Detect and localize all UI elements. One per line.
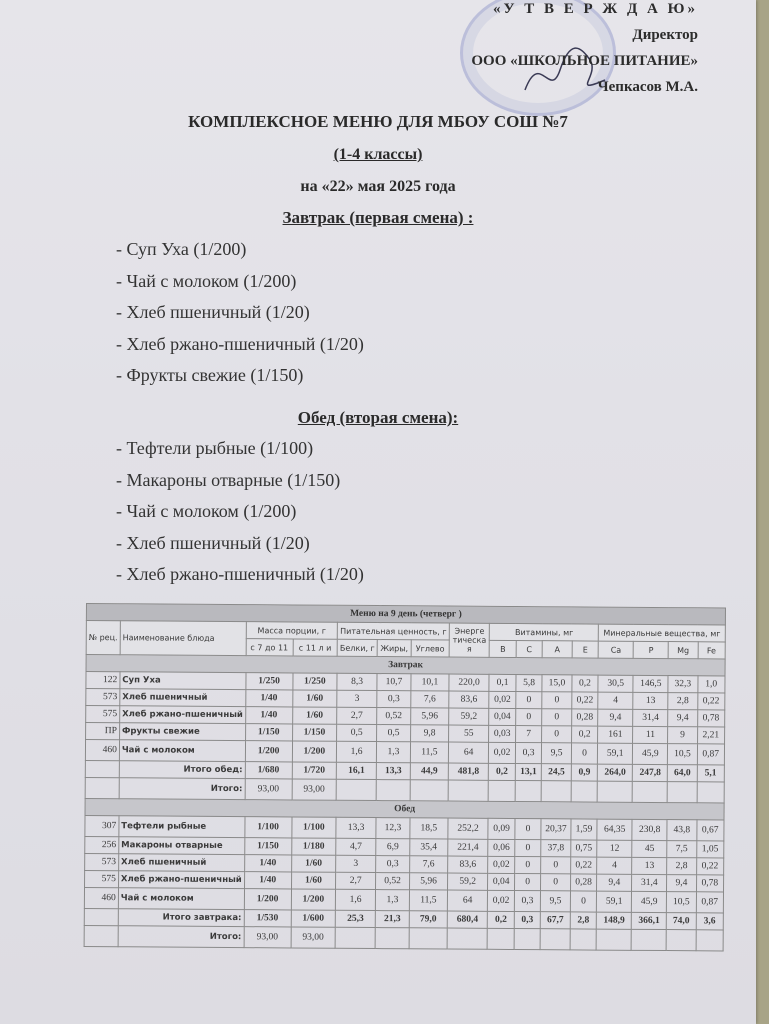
empty-cell	[409, 928, 447, 949]
cell-value: 252,2	[448, 818, 489, 839]
cell-value: 9,4	[668, 710, 697, 727]
cell-value: 3	[336, 855, 376, 872]
empty-cell	[666, 930, 695, 951]
cell-value: 0,28	[572, 709, 599, 726]
col-minerals: Минеральные вещества, мг	[599, 624, 726, 642]
list-item: Чай с молоком (1/200)	[116, 266, 364, 298]
cell-value: 0,3	[514, 890, 541, 911]
cell-value: 0,02	[489, 691, 516, 708]
subtotal-value: 481,8	[448, 763, 489, 780]
cell-value: 0	[514, 856, 541, 873]
col-nutrition: Питательная ценность, г	[337, 622, 449, 640]
cell-value: 8,3	[337, 673, 377, 690]
empty-cell	[541, 781, 571, 802]
cell-value: 1/150	[244, 838, 291, 855]
recipe-number: 575	[85, 870, 119, 887]
col-vit-b: B	[490, 640, 517, 657]
cell-value: 0,87	[697, 744, 725, 765]
cell-value: 0	[516, 692, 543, 709]
cell-value: 31,4	[632, 874, 667, 891]
cell-value: 45,9	[632, 891, 667, 912]
cell-value: 5,96	[411, 708, 449, 725]
cell-value: 0,22	[697, 693, 725, 710]
cell-value: 37,8	[541, 840, 571, 857]
cell-value: 1/100	[291, 817, 336, 838]
cell-value: 1,3	[375, 890, 409, 911]
subtotal-value: 3,6	[696, 913, 724, 930]
subtotal-value: 366,1	[632, 912, 667, 929]
cell-value: 83,6	[449, 691, 490, 708]
cell-value: 45,9	[633, 743, 668, 764]
cell-value: 0,52	[377, 708, 411, 725]
cell-value: 1/60	[292, 690, 337, 707]
cell-value: 12,3	[376, 818, 410, 839]
cell-value: 0,67	[696, 820, 724, 841]
empty-cell	[697, 782, 725, 803]
list-item: Хлеб ржано-пшеничный (1/20)	[116, 329, 364, 361]
cell-value: 59,1	[598, 743, 633, 764]
empty-cell	[632, 781, 667, 802]
subtotal-value: 680,4	[447, 911, 488, 928]
subtotal-value: 25,3	[335, 910, 375, 927]
empty-cell	[596, 929, 631, 950]
cell-value: 7,6	[410, 856, 448, 873]
cell-value: 0,52	[376, 873, 410, 890]
empty-cell	[540, 929, 570, 950]
cell-value: 1/60	[291, 855, 336, 872]
cell-value: 59,2	[449, 708, 490, 725]
subtotal-value: 264,0	[598, 764, 633, 781]
col-mass-b: с 11 л и	[293, 639, 338, 656]
cell-value: 0,3	[377, 691, 411, 708]
cell-value: 10,7	[377, 674, 411, 691]
lunch-heading: Обед (вторая смена):	[0, 408, 756, 428]
cell-value: 2,7	[336, 872, 376, 889]
cell-value: 4	[598, 692, 633, 709]
col-min-p: P	[633, 641, 668, 658]
cell-value: 0	[542, 709, 572, 726]
subtotal-label: Итого обед:	[119, 761, 245, 779]
empty-cell	[570, 929, 597, 950]
cell-value: 0	[542, 692, 572, 709]
col-vit-a: A	[542, 641, 572, 658]
recipe-number: 307	[85, 815, 119, 836]
total-value: 93,00	[291, 927, 336, 948]
col-name: Наименование блюда	[120, 621, 246, 656]
cell-value: 9,5	[541, 891, 571, 912]
recipe-number: ПР	[86, 723, 120, 740]
subtotal-value: 2,8	[570, 912, 597, 929]
cell-value: 0,22	[570, 857, 597, 874]
dish-name: Макароны отварные	[119, 837, 245, 855]
cell-value: 15,0	[542, 675, 572, 692]
cell-value: 1/250	[246, 673, 293, 690]
cell-value: 1/200	[244, 889, 291, 910]
cell-value: 0,03	[489, 725, 516, 742]
cell-value: 11,5	[410, 742, 448, 763]
cell-value: 0	[515, 818, 542, 839]
cell-value: 0,22	[696, 858, 724, 875]
empty-cell	[488, 928, 515, 949]
col-vit-c: C	[516, 641, 543, 658]
cell-value: 1/40	[244, 872, 291, 889]
list-item: Хлеб пшеничный (1/20)	[116, 297, 364, 329]
empty-cell	[489, 780, 516, 801]
subtotal-value: 13,1	[515, 764, 542, 781]
cell-value: 0	[542, 726, 572, 743]
dish-name: Суп Уха	[120, 672, 246, 690]
list-item: Тефтели рыбные (1/100)	[116, 433, 364, 465]
cell-value: 221,4	[448, 839, 489, 856]
approval-position: Директор	[471, 22, 698, 48]
recipe-number: 460	[84, 887, 118, 908]
dish-name: Чай с молоком	[119, 740, 245, 762]
menu-date: на «22» мая 2025 года	[0, 178, 756, 196]
empty-cell	[335, 927, 375, 948]
empty-cell	[84, 908, 118, 925]
cell-value: 10,5	[668, 744, 697, 765]
subtotal-value: 1/720	[292, 762, 337, 779]
recipe-number: 460	[85, 740, 119, 761]
col-fat: Жиры,	[377, 640, 411, 657]
cell-value: 1/40	[245, 707, 292, 724]
subtotal-value: 79,0	[409, 911, 447, 928]
cell-value: 1,0	[697, 676, 725, 693]
cell-value: 32,3	[668, 676, 697, 693]
cell-value: 0	[570, 891, 597, 912]
col-carbs: Углево	[411, 640, 449, 657]
cell-value: 0,04	[489, 708, 516, 725]
empty-cell	[571, 781, 598, 802]
cell-value: 7	[515, 726, 542, 743]
dish-name: Фрукты свежие	[119, 723, 245, 741]
empty-cell	[597, 781, 632, 802]
cell-value: 0,02	[488, 856, 515, 873]
cell-value: 1/180	[291, 838, 336, 855]
cell-value: 64	[447, 890, 488, 911]
cell-value: 43,8	[667, 820, 696, 841]
grades-subtitle: (1-4 классы)	[0, 146, 756, 164]
cell-value: 1/60	[292, 707, 337, 724]
cell-value: 9,4	[597, 874, 632, 891]
cell-value: 2,8	[667, 858, 696, 875]
cell-value: 1,6	[336, 889, 376, 910]
cell-value: 10,1	[411, 674, 449, 691]
dish-name: Хлеб ржано-пшеничный	[120, 706, 246, 724]
empty-cell	[410, 780, 448, 801]
col-energy: Энерге тическа я	[449, 623, 490, 657]
document-title: КОМПЛЕКСНОЕ МЕНЮ ДЛЯ МБОУ СОШ №7	[0, 112, 756, 132]
empty-cell	[448, 780, 489, 801]
subtotal-value: 16,1	[336, 762, 376, 779]
cell-value: 2,21	[697, 727, 725, 744]
recipe-number: 122	[86, 672, 120, 689]
subtotal-value: 24,5	[542, 764, 572, 781]
subtotal-value: 64,0	[668, 765, 697, 782]
cell-value: 9,4	[667, 875, 696, 892]
cell-value: 2,7	[337, 707, 377, 724]
dish-name: Хлеб пшеничный	[118, 854, 244, 872]
recipe-number: 575	[86, 706, 120, 723]
total-row: Итого:93,0093,00	[84, 925, 723, 950]
subtotal-value: 44,9	[410, 763, 448, 780]
subtotal-value: 5,1	[697, 765, 725, 782]
cell-value: 31,4	[633, 709, 668, 726]
empty-cell	[85, 777, 119, 798]
cell-value: 1,6	[337, 741, 377, 762]
subtotal-label: Итого завтрака:	[118, 909, 244, 927]
list-item: Хлеб пшеничный (1/20)	[116, 528, 364, 560]
empty-cell	[84, 925, 118, 946]
cell-value: 0,75	[571, 840, 598, 857]
cell-value: 0,78	[696, 875, 724, 892]
cell-value: 0,2	[572, 675, 599, 692]
cell-value: 0,04	[488, 873, 515, 890]
empty-cell	[631, 929, 666, 950]
cell-value: 1,3	[376, 742, 410, 763]
cell-value: 220,0	[449, 674, 490, 691]
subtotal-value: 247,8	[633, 764, 668, 781]
cell-value: 0	[571, 743, 598, 764]
dish-name: Хлеб ржано-пшеничный	[118, 871, 244, 889]
cell-value: 11,5	[409, 890, 447, 911]
approval-organization: ООО «ШКОЛЬНОЕ ПИТАНИЕ»	[471, 48, 698, 74]
col-min-mg: Mg	[668, 642, 697, 659]
col-mass: Масса порции, г	[246, 622, 338, 640]
cell-value: 0	[514, 873, 541, 890]
subtotal-value: 1/530	[244, 910, 291, 927]
cell-value: 161	[598, 726, 633, 743]
cell-value: 13,3	[336, 817, 376, 838]
cell-value: 13	[633, 692, 668, 709]
cell-value: 0,09	[488, 818, 515, 839]
subtotal-value: 1/600	[291, 910, 336, 927]
cell-value: 0,78	[697, 710, 725, 727]
subtotal-value: 1/680	[245, 762, 292, 779]
subtotal-value: 13,3	[376, 763, 410, 780]
total-value: 93,00	[292, 779, 337, 800]
recipe-number: 573	[86, 689, 120, 706]
cell-value: 0	[541, 857, 571, 874]
list-item: Хлеб ржано-пшеничный (1/20)	[116, 559, 364, 591]
cell-value: 64	[448, 742, 489, 763]
approval-signatory: Чепкасов М.А.	[471, 74, 698, 100]
subtotal-value: 0,9	[571, 764, 598, 781]
cell-value: 0,02	[489, 742, 516, 763]
cell-value: 1/150	[292, 724, 337, 741]
subtotal-value: 67,7	[541, 912, 571, 929]
cell-value: 1/40	[244, 855, 291, 872]
cell-value: 3	[337, 690, 377, 707]
subtotal-value: 21,3	[375, 911, 409, 928]
cell-value: 5,8	[516, 675, 543, 692]
breakfast-list: Суп Уха (1/200) Чай с молоком (1/200) Хл…	[116, 234, 364, 392]
col-min-ca: Ca	[598, 641, 633, 658]
cell-value: 9,4	[598, 709, 633, 726]
nutrition-table: Меню на 9 день (четверг ) № рец. Наимено…	[84, 603, 726, 951]
cell-value: 0	[541, 874, 571, 891]
cell-value: 2,8	[668, 693, 697, 710]
empty-cell	[376, 780, 410, 801]
cell-value: 59,2	[447, 873, 488, 890]
empty-cell	[696, 930, 724, 951]
list-item: Макароны отварные (1/150)	[116, 465, 364, 497]
col-mass-a: с 7 до 11	[246, 639, 293, 656]
cell-value: 1,59	[571, 819, 598, 840]
document-page: «У Т В Е Р Ж Д А Ю» Директор ООО «ШКОЛЬН…	[0, 0, 756, 1024]
dish-name: Чай с молоком	[118, 888, 244, 910]
cell-value: 1/40	[245, 690, 292, 707]
cell-value: 83,6	[448, 856, 489, 873]
cell-value: 4,7	[336, 838, 376, 855]
breakfast-heading: Завтрак (первая смена) :	[0, 208, 756, 228]
col-vitamins: Витамины, мг	[490, 623, 599, 641]
cell-value: 9	[668, 727, 697, 744]
cell-value: 0,28	[570, 874, 597, 891]
cell-value: 45	[632, 840, 667, 857]
cell-value: 64,35	[597, 819, 632, 840]
cell-value: 20,37	[541, 819, 571, 840]
col-min-fe: Fe	[698, 642, 726, 659]
subtotal-value: 74,0	[667, 913, 696, 930]
cell-value: 1,05	[696, 841, 724, 858]
cell-value: 1/60	[291, 872, 336, 889]
empty-cell	[667, 782, 696, 803]
subtotal-value: 148,9	[597, 912, 632, 929]
cell-value: 13	[632, 857, 667, 874]
cell-value: 12	[597, 840, 632, 857]
cell-value: 9,8	[411, 725, 449, 742]
subtotal-value: 0,3	[514, 911, 541, 928]
total-label: Итого:	[119, 778, 245, 800]
empty-cell	[447, 928, 488, 949]
cell-value: 59,1	[597, 891, 632, 912]
cell-value: 1/100	[245, 817, 292, 838]
total-value: 93,00	[244, 927, 291, 948]
recipe-number: 573	[85, 853, 119, 870]
cell-value: 35,4	[410, 839, 448, 856]
cell-value: 0,22	[572, 692, 599, 709]
cell-value: 30,5	[598, 675, 633, 692]
cell-value: 11	[633, 726, 668, 743]
cell-value: 230,8	[632, 819, 667, 840]
empty-cell	[514, 928, 541, 949]
list-item: Чай с молоком (1/200)	[116, 496, 364, 528]
cell-value: 0,2	[571, 726, 598, 743]
cell-value: 7,6	[411, 691, 449, 708]
recipe-number: 256	[85, 836, 119, 853]
cell-value: 4	[597, 857, 632, 874]
empty-cell	[515, 781, 542, 802]
cell-value: 18,5	[410, 818, 448, 839]
cell-value: 7,5	[667, 841, 696, 858]
cell-value: 0,87	[696, 892, 724, 913]
approval-block: «У Т В Е Р Ж Д А Ю» Директор ООО «ШКОЛЬН…	[471, 0, 698, 100]
total-value: 93,00	[245, 779, 292, 800]
col-vit-e: E	[572, 641, 599, 658]
empty-cell	[85, 760, 119, 777]
list-item: Фрукты свежие (1/150)	[116, 360, 364, 392]
col-recipe: № рец.	[86, 621, 120, 655]
total-label: Итого:	[118, 926, 244, 948]
cell-value: 0,3	[376, 856, 410, 873]
list-item: Суп Уха (1/200)	[116, 234, 364, 266]
dish-name: Хлеб пшеничный	[120, 689, 246, 707]
cell-value: 0,3	[515, 743, 542, 764]
empty-cell	[336, 779, 376, 800]
cell-value: 0,5	[377, 725, 411, 742]
empty-cell	[375, 928, 409, 949]
cell-value: 55	[448, 725, 489, 742]
cell-value: 0,06	[488, 839, 515, 856]
cell-value: 1/200	[245, 741, 292, 762]
cell-value: 1/200	[292, 741, 337, 762]
subtotal-value: 0,2	[489, 763, 516, 780]
cell-value: 1/250	[292, 673, 337, 690]
approval-heading: «У Т В Е Р Ж Д А Ю»	[471, 0, 698, 22]
cell-value: 5,96	[410, 873, 448, 890]
cell-value: 0,1	[489, 674, 516, 691]
dish-name: Тефтели рыбные	[119, 816, 245, 838]
cell-value: 0,5	[337, 724, 377, 741]
cell-value: 1/150	[245, 724, 292, 741]
cell-value: 146,5	[633, 675, 668, 692]
cell-value: 9,5	[542, 743, 572, 764]
cell-value: 10,5	[667, 892, 696, 913]
cell-value: 0	[516, 709, 543, 726]
cell-value: 6,9	[376, 839, 410, 856]
cell-value: 0	[515, 839, 542, 856]
subtotal-value: 0,2	[488, 911, 515, 928]
col-protein: Белки, г	[337, 639, 377, 656]
cell-value: 1/200	[291, 889, 336, 910]
lunch-list: Тефтели рыбные (1/100) Макароны отварные…	[116, 433, 364, 591]
cell-value: 0,02	[488, 890, 515, 911]
